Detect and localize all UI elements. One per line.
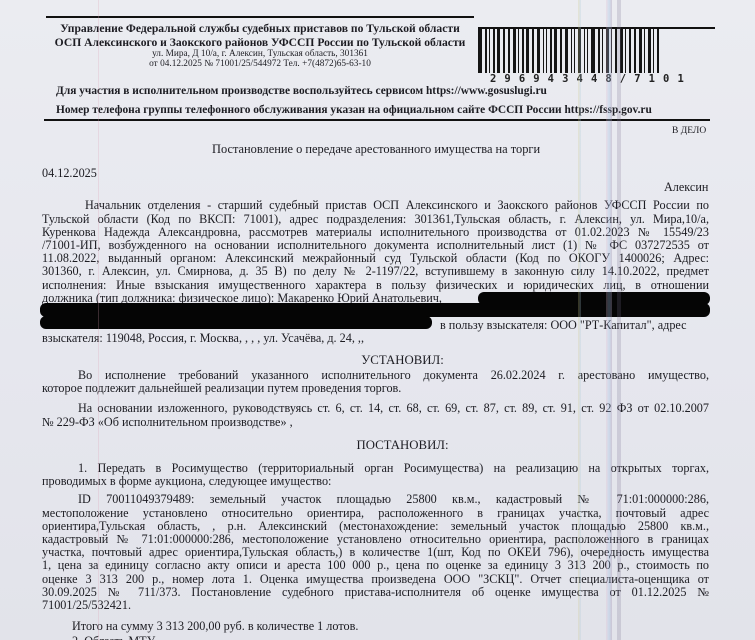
redaction-bar bbox=[40, 316, 432, 329]
property-line: ориентира,Тульская область, , р.н. Алекс… bbox=[42, 519, 709, 533]
basis-line: На основании изложенного, руководствуясь… bbox=[78, 401, 709, 415]
doc-reference: от 04.12.2025 № 71001/25/544972 Тел. +7(… bbox=[40, 59, 480, 70]
gosuslugi-note: Для участия в исполнительном производств… bbox=[56, 84, 547, 98]
header-top-rule bbox=[46, 16, 474, 18]
intro-line: /71001-ИП, возбужденного на основании ис… bbox=[42, 238, 709, 252]
intro-line: Тульской области (Код по ВКСП: 71001), а… bbox=[42, 212, 709, 226]
org-address: ул. Мира, Д 10/а, г. Алексин, Тульская о… bbox=[40, 49, 480, 60]
header-bottom-rule bbox=[44, 119, 710, 121]
property-line: участка, почтовый адрес ориентира,Тульск… bbox=[42, 545, 709, 559]
org-name-line2: ОСП Алексинского и Заокского районов УФС… bbox=[40, 36, 480, 49]
document-city: Алексин bbox=[664, 180, 708, 194]
stamp-v-delo: В ДЕЛО bbox=[672, 124, 706, 138]
document-title: Постановление о передаче арестованного и… bbox=[212, 142, 540, 156]
intro-line: исполнения: Иные взыскания имущественног… bbox=[42, 278, 709, 292]
claimant-address: взыскателя: 119048, Россия, г. Москва, ,… bbox=[42, 331, 364, 345]
property-line: местоположение установлено относительно … bbox=[42, 506, 709, 520]
intro-line: Начальник отделения - старший судебный п… bbox=[85, 198, 709, 212]
property-line: оценке 3 313 200 р., номер лота 1. Оценк… bbox=[42, 572, 709, 586]
intro-line: Куренкова Надежда Александровна, рассмот… bbox=[42, 225, 709, 239]
item1-line: проводимых в форме аукциона, следующее и… bbox=[42, 474, 331, 488]
property-line: ID 70011049379489: земельный участок пло… bbox=[78, 492, 709, 506]
section-established: УСТАНОВИЛ: bbox=[25, 353, 755, 367]
org-name-line1: Управление Федеральной службы судебных п… bbox=[40, 22, 480, 35]
document-date: 04.12.2025 bbox=[42, 166, 97, 180]
intro-line: 301360, г. Алексин, ул. Смирнова, д. 35 … bbox=[42, 264, 709, 278]
established-line: которое подлежит дальнейшей реализации п… bbox=[42, 381, 401, 395]
claimant-line: в пользу взыскателя: ООО "РТ-Капитал", а… bbox=[440, 318, 687, 332]
phone-note: Номер телефона группы телефонного обслуж… bbox=[56, 103, 652, 117]
property-line: кадастровый № 71:01:000000:286, местопол… bbox=[42, 532, 709, 546]
section-resolved: ПОСТАНОВИЛ: bbox=[25, 438, 755, 452]
item1-line: 1. Передать в Росимущество (территориаль… bbox=[78, 461, 709, 475]
barcode bbox=[478, 29, 714, 73]
total-line: Итого на сумму 3 313 200,00 руб. в колич… bbox=[72, 619, 358, 633]
next-item-fragment: 2. Обязать МТУ bbox=[72, 634, 155, 640]
property-line: 1, цена за единицу согласно акту описи и… bbox=[42, 558, 709, 572]
scanned-document-page: Управление Федеральной службы судебных п… bbox=[0, 0, 755, 640]
property-line: 71001/25/532421. bbox=[42, 598, 131, 612]
property-line: 30.09.2025 № 711/373. Постановление суде… bbox=[42, 585, 709, 599]
established-line: Во исполнение требований указанного испо… bbox=[78, 368, 709, 382]
basis-line: № 229-ФЗ «Об исполнительном производстве… bbox=[42, 415, 293, 429]
intro-line: 11.08.2022, выданный органом: Алексински… bbox=[42, 251, 709, 265]
redaction-bar bbox=[40, 303, 710, 317]
